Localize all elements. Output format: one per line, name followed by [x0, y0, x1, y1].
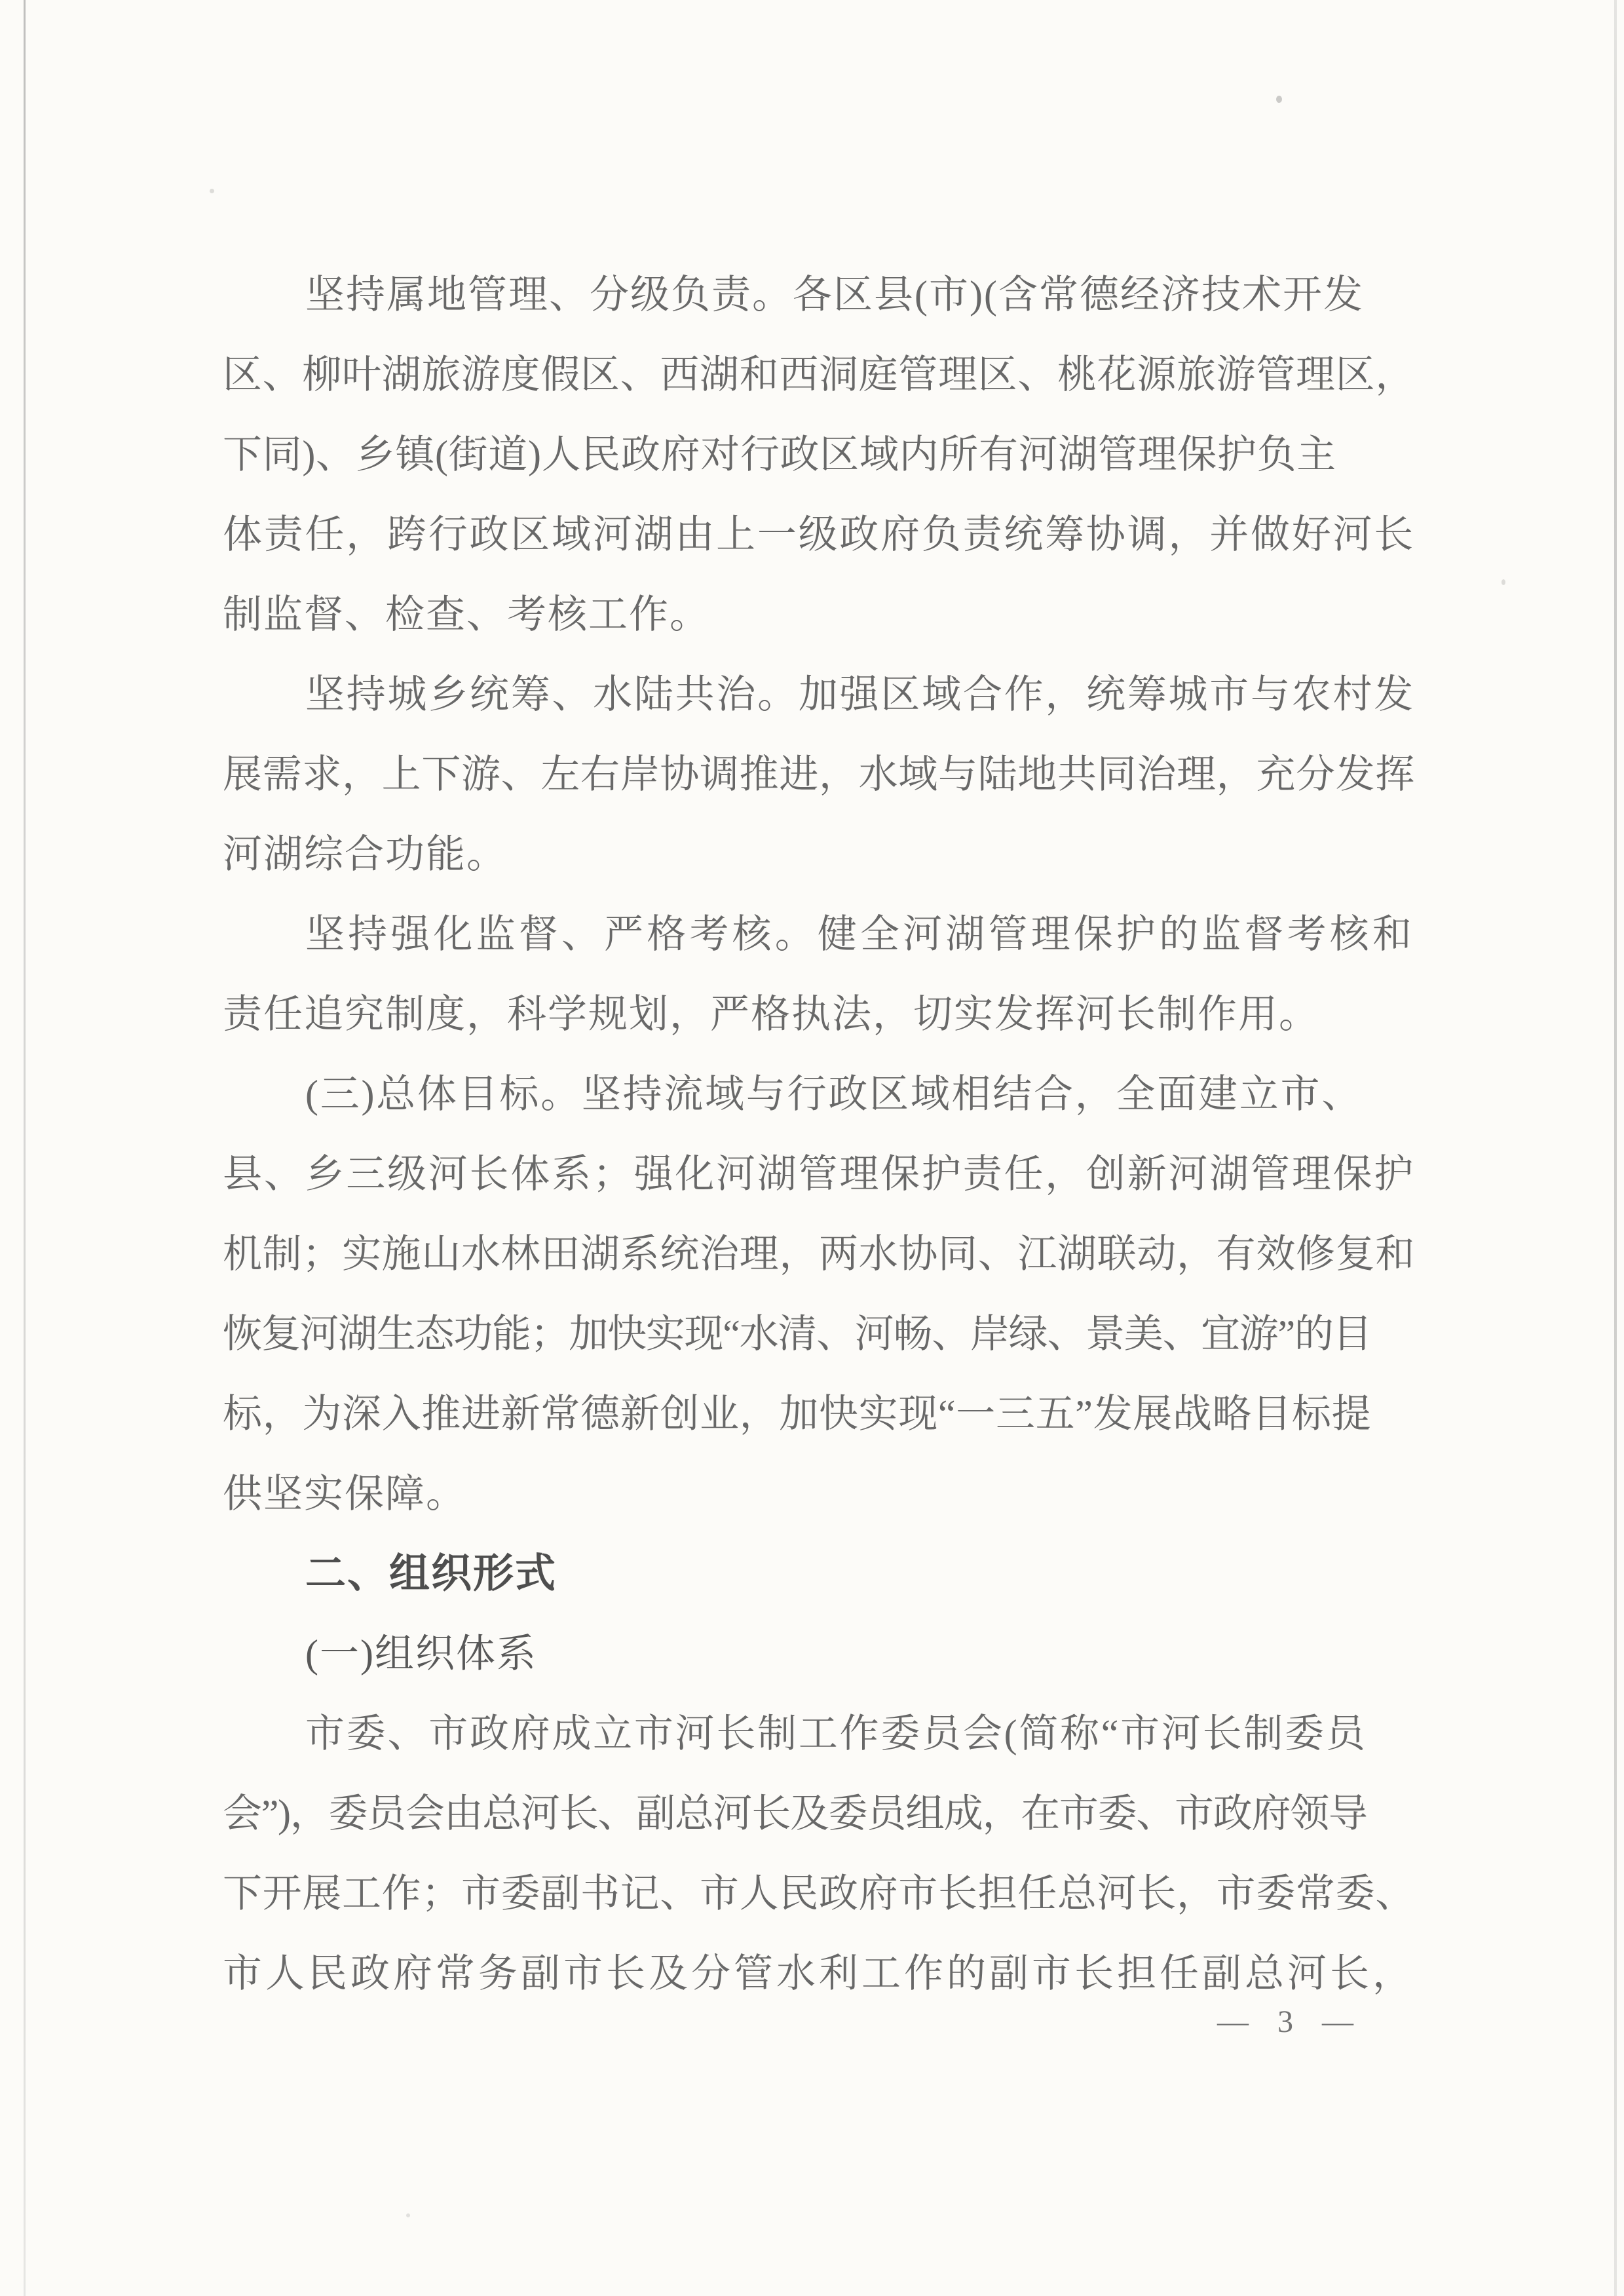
text-line: 展需求，上下游、左右岸协调推进，水域与陆地共同治理，充分发挥 — [223, 735, 1415, 814]
page-number: — 3 — — [1217, 2002, 1364, 2042]
text-line: 市委、市政府成立市河长制工作委员会(简称“市河长制委员 — [223, 1694, 1415, 1774]
text-line: 坚持属地管理、分级负责。各区县(市)(含常德经济技术开发 — [223, 255, 1415, 335]
scan-speck — [1501, 579, 1505, 585]
subsection-heading: (一)组织体系 — [223, 1614, 1415, 1694]
text-line: 县、乡三级河长体系；强化河湖管理保护责任，创新河湖管理保护 — [223, 1134, 1415, 1214]
section-heading: 二、组织形式 — [223, 1534, 1415, 1614]
text-line: 供坚实保障。 — [223, 1454, 1415, 1534]
scan-speck — [406, 2213, 410, 2217]
text-line: 下开展工作；市委副书记、市人民政府市长担任总河长，市委常委、 — [223, 1854, 1415, 1934]
text-block: 坚持属地管理、分级负责。各区县(市)(含常德经济技术开发 区、柳叶湖旅游度假区、… — [223, 255, 1415, 2014]
text-line: 机制；实施山水林田湖系统治理，两水协同、江湖联动，有效修复和 — [223, 1214, 1415, 1294]
text-line: 区、柳叶湖旅游度假区、西湖和西洞庭管理区、桃花源旅游管理区， — [223, 335, 1415, 415]
text-line: 会”)，委员会由总河长、副总河长及委员组成，在市委、市政府领导 — [223, 1774, 1415, 1854]
text-line: 标，为深入推进新常德新创业，加快实现“一三五”发展战略目标提 — [223, 1374, 1415, 1454]
scan-edge-line-left — [24, 0, 26, 2296]
text-line: 下同)、乡镇(街道)人民政府对行政区域内所有河湖管理保护负主 — [223, 415, 1415, 495]
text-line: 责任追究制度，科学规划，严格执法，切实发挥河长制作用。 — [223, 974, 1415, 1054]
text-line: 河湖综合功能。 — [223, 814, 1415, 894]
text-line: 恢复河湖生态功能；加快实现“水清、河畅、岸绿、景美、宜游”的目 — [223, 1294, 1415, 1374]
text-line: 坚持强化监督、严格考核。健全河湖管理保护的监督考核和 — [223, 894, 1415, 974]
text-line: 市人民政府常务副市长及分管水利工作的副市长担任副总河长， — [223, 1934, 1415, 2014]
scan-speck — [1276, 96, 1282, 103]
scan-edge-line-right — [1614, 0, 1617, 2296]
text-line: 坚持城乡统筹、水陆共治。加强区域合作，统筹城市与农村发 — [223, 655, 1415, 735]
text-line: 体责任，跨行政区域河湖由上一级政府负责统筹协调，并做好河长 — [223, 495, 1415, 575]
text-line: (三)总体目标。坚持流域与行政区域相结合，全面建立市、 — [223, 1054, 1415, 1134]
text-line: 制监督、检查、考核工作。 — [223, 575, 1415, 655]
document-page: 坚持属地管理、分级负责。各区县(市)(含常德经济技术开发 区、柳叶湖旅游度假区、… — [0, 0, 1624, 2296]
scan-speck — [210, 189, 214, 193]
